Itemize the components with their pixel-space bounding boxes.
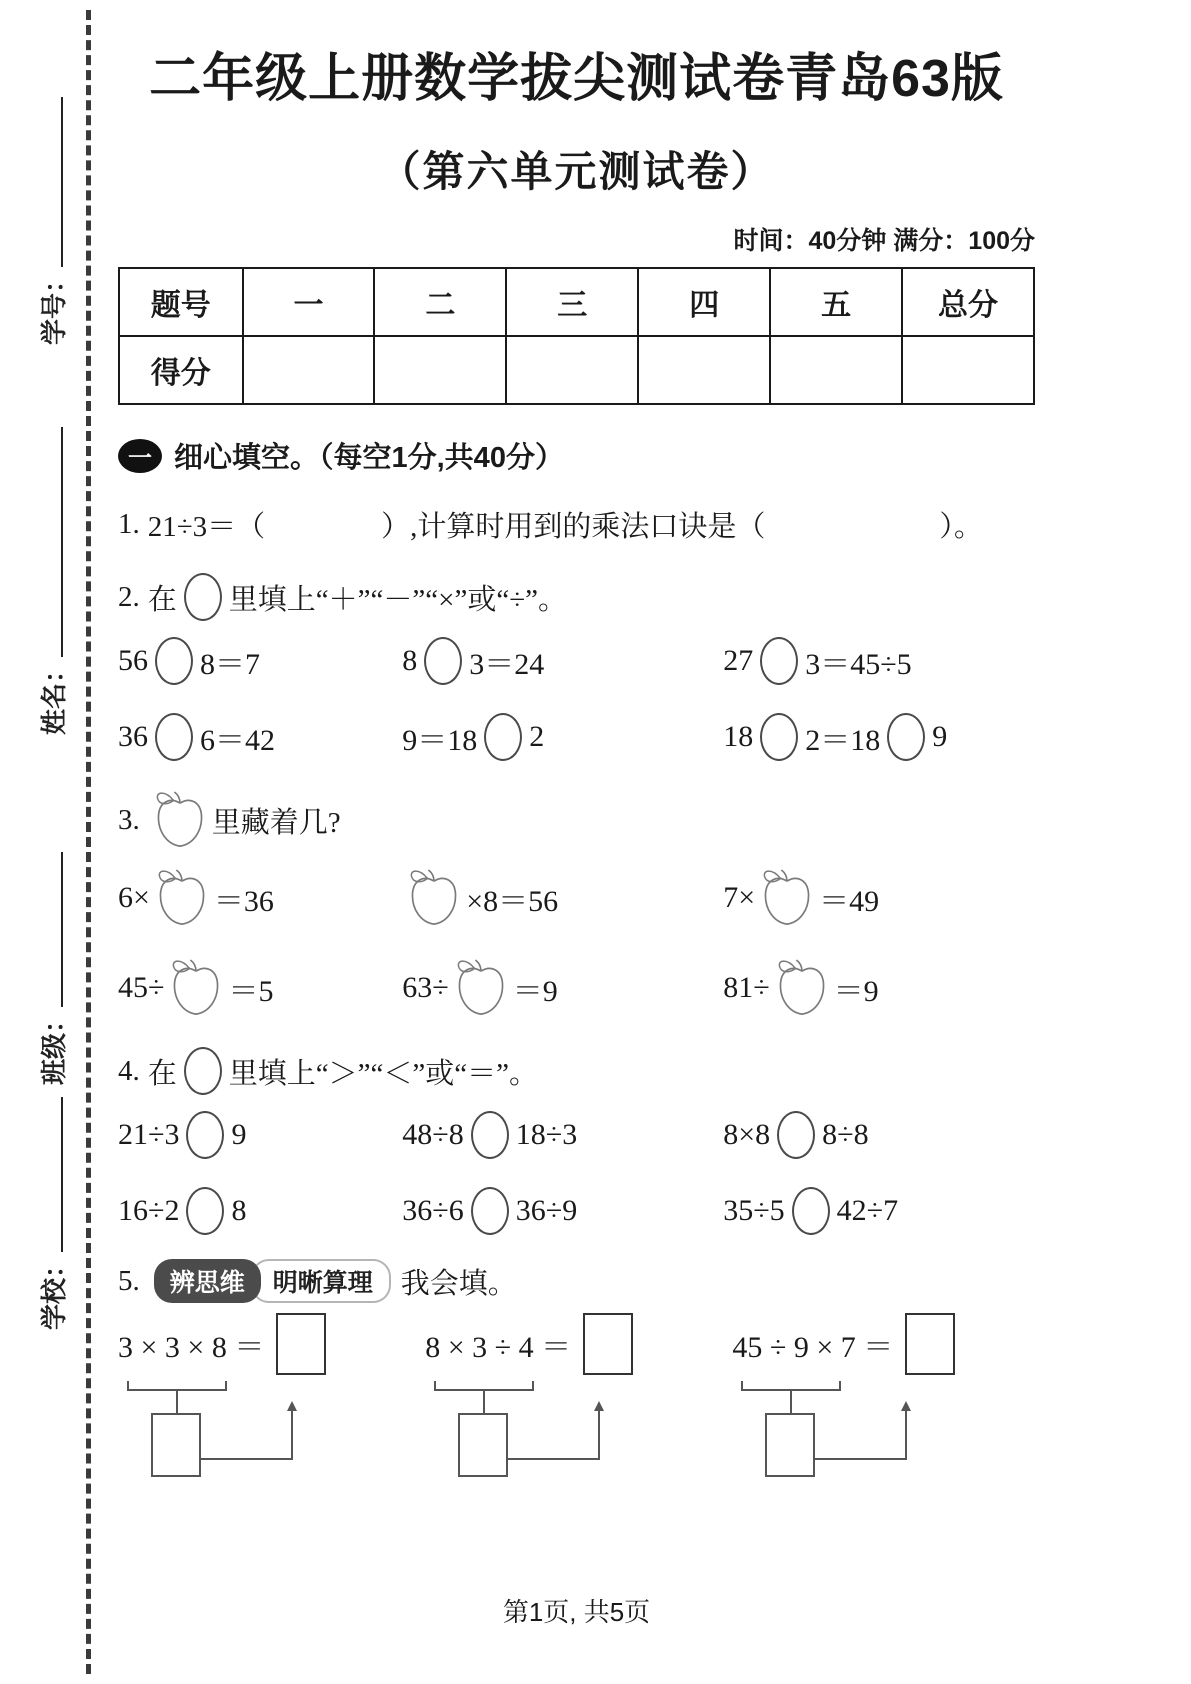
equation-text: 3＝24 bbox=[469, 639, 544, 683]
blank-line bbox=[36, 1097, 63, 1252]
page-footer: 第1页, 共5页 bbox=[118, 1592, 1035, 1629]
fill-circle bbox=[186, 1111, 224, 1159]
fill-circle bbox=[471, 1187, 509, 1235]
equation-text: 45÷ bbox=[118, 971, 164, 1005]
equation: 81÷ ＝9 bbox=[723, 957, 1035, 1019]
equation: ×8＝56 bbox=[402, 867, 723, 929]
section-number-badge: 一 bbox=[118, 439, 162, 473]
seal-dashed-line bbox=[86, 10, 91, 1674]
step-diagram bbox=[736, 1377, 976, 1507]
question-number: 3. bbox=[118, 804, 140, 837]
equation-text: ×8＝56 bbox=[466, 876, 558, 920]
fill-circle bbox=[155, 637, 193, 685]
equation: 366＝42 bbox=[118, 713, 402, 761]
equation-text: 21÷3 bbox=[118, 1118, 179, 1152]
question-3-text: 里藏着几? bbox=[148, 789, 341, 851]
equation: 21÷39 bbox=[118, 1111, 402, 1159]
equation-text: 里藏着几? bbox=[212, 800, 341, 841]
equation-text: 2 bbox=[529, 720, 544, 754]
equation-text: 里填上“＋”“－”“×”或“÷”。 bbox=[229, 577, 567, 618]
equation-text: ＝9 bbox=[513, 966, 558, 1010]
step-diagram bbox=[122, 1377, 362, 1507]
question-2-text: 在里填上“＋”“－”“×”或“÷”。 bbox=[148, 573, 567, 621]
fill-circle bbox=[760, 713, 798, 761]
equation: 48÷818÷3 bbox=[402, 1111, 723, 1159]
equation-text: 在 bbox=[148, 1051, 177, 1092]
apple-icon bbox=[168, 957, 224, 1019]
equation-text: ＝36 bbox=[214, 876, 274, 920]
score-table-score-row: 得分 bbox=[119, 336, 1034, 404]
page-subtitle: （第六单元测试卷） bbox=[118, 139, 1035, 199]
apple-icon bbox=[774, 957, 830, 1019]
section-one-heading: 一 细心填空。（每空1分,共40分） bbox=[118, 435, 1035, 476]
equation: 6× ＝36 bbox=[118, 867, 402, 929]
score-row-label: 得分 bbox=[119, 336, 243, 404]
fill-circle bbox=[155, 713, 193, 761]
question-5-text: 我会填。 bbox=[401, 1261, 517, 1302]
school-field: 学校： bbox=[34, 1097, 71, 1330]
score-table: 题号 一 二 三 四 五 总分 得分 bbox=[118, 267, 1035, 405]
page-title: 二年级上册数学拔尖测试卷青岛63版 bbox=[118, 36, 1035, 111]
q5-item: 45 ÷ 9 × 7 ＝ bbox=[732, 1313, 1035, 1507]
apple-icon bbox=[453, 957, 509, 1019]
score-header-cell: 三 bbox=[506, 268, 638, 336]
equation-text: 27 bbox=[723, 644, 753, 678]
question-number: 2. bbox=[118, 581, 140, 614]
fill-circle bbox=[471, 1111, 509, 1159]
equation-text: 6＝42 bbox=[200, 715, 275, 759]
fill-circle bbox=[184, 573, 222, 621]
equation: 8×88÷8 bbox=[723, 1111, 1035, 1159]
equation-text: 48÷8 bbox=[402, 1118, 463, 1152]
equation: 83＝24 bbox=[402, 637, 723, 685]
name-field: 姓名： bbox=[34, 427, 71, 735]
equation: 16÷28 bbox=[118, 1187, 402, 1235]
answer-box bbox=[276, 1313, 326, 1375]
class-field: 班级： bbox=[34, 852, 71, 1085]
equation-text: 56 bbox=[118, 644, 148, 678]
q5-expression: 45 ÷ 9 × 7 ＝ bbox=[732, 1322, 893, 1366]
equation-text: 在 bbox=[148, 577, 177, 618]
equation: 9＝182 bbox=[402, 713, 723, 761]
score-header-cell: 四 bbox=[638, 268, 770, 336]
fill-circle bbox=[484, 713, 522, 761]
score-cell-empty bbox=[638, 336, 770, 404]
fill-circle bbox=[777, 1111, 815, 1159]
equation-text: 35÷5 bbox=[723, 1194, 784, 1228]
equation-text: 36÷6 bbox=[402, 1194, 463, 1228]
apple-icon bbox=[759, 867, 815, 929]
equation-text: 2＝18 bbox=[805, 715, 880, 759]
blank-line bbox=[36, 427, 63, 657]
score-cell-empty bbox=[770, 336, 902, 404]
name-label: 姓名： bbox=[39, 657, 69, 735]
equation-text: 8＝7 bbox=[200, 639, 260, 683]
section-one-title: 细心填空。（每空1分,共40分） bbox=[174, 435, 564, 476]
fill-circle bbox=[424, 637, 462, 685]
q5-item: 8 × 3 ÷ 4 ＝ bbox=[425, 1313, 732, 1507]
school-label: 学校： bbox=[39, 1252, 69, 1330]
equation-text: 9 bbox=[231, 1118, 246, 1152]
question-number: 1. bbox=[118, 508, 140, 541]
question-4-heading: 4. 在里填上“＞”“＜”或“＝”。 bbox=[118, 1047, 1035, 1095]
score-cell-empty bbox=[902, 336, 1034, 404]
fill-circle bbox=[792, 1187, 830, 1235]
question-1-text: 21÷3＝（ ）,计算时用到的乘法口诀是（ ）。 bbox=[148, 504, 983, 545]
answer-box bbox=[905, 1313, 955, 1375]
score-cell-empty bbox=[506, 336, 638, 404]
score-header-cell: 二 bbox=[374, 268, 506, 336]
score-header-cell: 题号 bbox=[119, 268, 243, 336]
student-id-label: 学号： bbox=[39, 267, 69, 345]
equation-text: ＝5 bbox=[228, 966, 273, 1010]
equation: 7× ＝49 bbox=[723, 867, 1035, 929]
equation: 182＝189 bbox=[723, 713, 1035, 761]
equation-text: 8×8 bbox=[723, 1118, 770, 1152]
equation-text: 42÷7 bbox=[837, 1194, 898, 1228]
question-2-equations: 568＝7 83＝24 273＝45÷5 366＝42 9＝182 182＝18… bbox=[118, 637, 1035, 761]
answer-box bbox=[583, 1313, 633, 1375]
score-header-cell: 总分 bbox=[902, 268, 1034, 336]
question-3-heading: 3. 里藏着几? bbox=[118, 789, 1035, 851]
equation: 273＝45÷5 bbox=[723, 637, 1035, 685]
equation-text: 18÷3 bbox=[516, 1118, 577, 1152]
equation-text: 9 bbox=[932, 720, 947, 754]
equation-text: 7× bbox=[723, 881, 755, 915]
equation-text: 36 bbox=[118, 720, 148, 754]
equation-text: 里填上“＞”“＜”或“＝”。 bbox=[229, 1051, 538, 1092]
equation-text: 36÷9 bbox=[516, 1194, 577, 1228]
q5-item: 3 × 3 × 8 ＝ bbox=[118, 1313, 425, 1507]
equation-text: 9＝18 bbox=[402, 715, 477, 759]
equation-text: 8÷8 bbox=[822, 1118, 868, 1152]
apple-icon bbox=[154, 867, 210, 929]
equation: 35÷542÷7 bbox=[723, 1187, 1035, 1235]
fill-circle bbox=[887, 713, 925, 761]
question-5-heading: 5. 辨思维 明晰算理 我会填。 bbox=[118, 1259, 1035, 1303]
score-table-header-row: 题号 一 二 三 四 五 总分 bbox=[119, 268, 1034, 336]
score-cell-empty bbox=[243, 336, 375, 404]
equation: 63÷ ＝9 bbox=[402, 957, 723, 1019]
step-diagram bbox=[429, 1377, 669, 1507]
fill-circle bbox=[186, 1187, 224, 1235]
blank-line bbox=[36, 97, 63, 267]
equation: 36÷636÷9 bbox=[402, 1187, 723, 1235]
thinking-badge: 辨思维 bbox=[154, 1259, 261, 1303]
question-2-heading: 2. 在里填上“＋”“－”“×”或“÷”。 bbox=[118, 573, 1035, 621]
student-id-field: 学号： bbox=[34, 97, 71, 345]
reasoning-badge: 明晰算理 bbox=[251, 1259, 391, 1303]
equation-text: 8 bbox=[402, 644, 417, 678]
equation-text: ＝49 bbox=[819, 876, 879, 920]
score-cell-empty bbox=[374, 336, 506, 404]
equation-text: 16÷2 bbox=[118, 1194, 179, 1228]
question-4-equations: 21÷39 48÷818÷3 8×88÷8 16÷28 36÷636÷9 35÷… bbox=[118, 1111, 1035, 1235]
score-header-cell: 一 bbox=[243, 268, 375, 336]
exam-meta: 时间：40分钟 满分：100分 bbox=[118, 221, 1035, 257]
question-3-equations: 6× ＝36 ×8＝56 7× ＝49 45÷ ＝5 63÷ ＝9 81÷ ＝9 bbox=[118, 867, 1035, 1019]
question-4-text: 在里填上“＞”“＜”或“＝”。 bbox=[148, 1047, 538, 1095]
blank-line bbox=[36, 852, 63, 1007]
question-number: 4. bbox=[118, 1055, 140, 1088]
equation-text: 63÷ bbox=[402, 971, 448, 1005]
equation-text: ＝9 bbox=[834, 966, 879, 1010]
equation-text: 8 bbox=[231, 1194, 246, 1228]
fill-circle bbox=[760, 637, 798, 685]
apple-icon bbox=[152, 789, 208, 851]
equation: 45÷ ＝5 bbox=[118, 957, 402, 1019]
apple-icon bbox=[406, 867, 462, 929]
equation-text: 6× bbox=[118, 881, 150, 915]
question-1: 1. 21÷3＝（ ）,计算时用到的乘法口诀是（ ）。 bbox=[118, 504, 1035, 545]
score-header-cell: 五 bbox=[770, 268, 902, 336]
equation-text: 18 bbox=[723, 720, 753, 754]
exam-page: 学号： 姓名： 班级： 学校： 二年级上册数学拔尖测试卷青岛63版 （第六单元测… bbox=[0, 0, 1191, 1684]
q5-expression: 8 × 3 ÷ 4 ＝ bbox=[425, 1322, 571, 1366]
fill-circle bbox=[184, 1047, 222, 1095]
question-5-items: 3 × 3 × 8 ＝ 8 × 3 ÷ 4 ＝ bbox=[118, 1313, 1035, 1507]
equation-text: 81÷ bbox=[723, 971, 769, 1005]
equation: 568＝7 bbox=[118, 637, 402, 685]
class-label: 班级： bbox=[39, 1007, 69, 1085]
question-number: 5. bbox=[118, 1265, 140, 1298]
equation-text: 3＝45÷5 bbox=[805, 639, 911, 683]
q5-expression: 3 × 3 × 8 ＝ bbox=[118, 1322, 264, 1366]
